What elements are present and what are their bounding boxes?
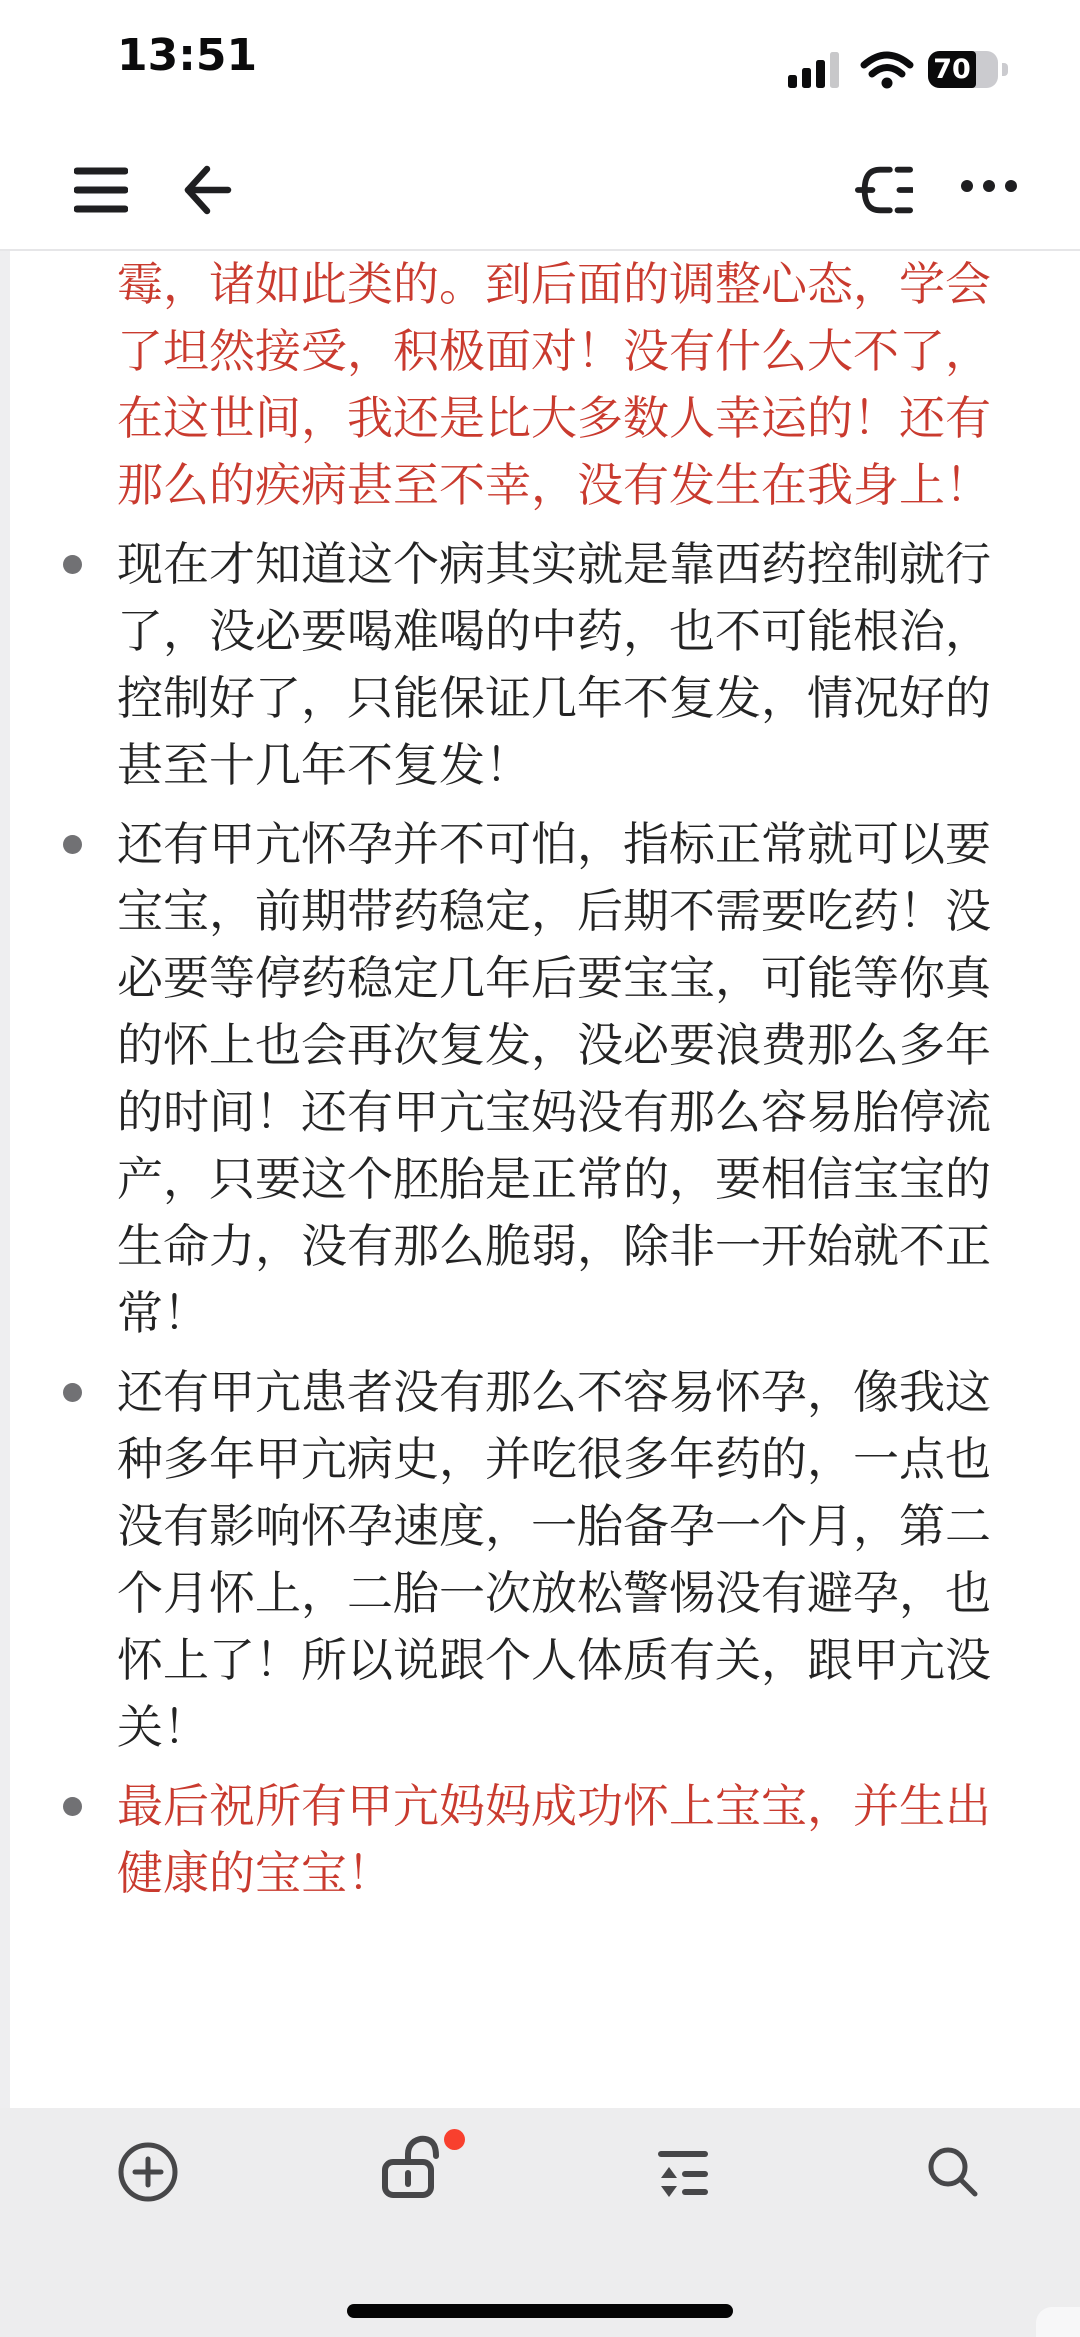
text-line: 产，只要这个胚胎是正常的，要相信宝宝的 [117, 1146, 1080, 1213]
text-line: 控制好了，只能保证几年不复发，情况好的 [117, 665, 1080, 732]
notification-badge [444, 2129, 465, 2150]
text-line: 最后祝所有甲亢妈妈成功怀上宝宝，并生出 [117, 1773, 1080, 1840]
text-line: 健康的宝宝！ [117, 1840, 1080, 1907]
clock: 13:51 [117, 30, 257, 81]
text-line: 关！ [117, 1694, 1080, 1761]
home-indicator[interactable] [347, 2304, 733, 2318]
more-options-button[interactable] [960, 179, 1018, 196]
outline-button[interactable] [855, 161, 913, 222]
text-line: 宝宝，前期带药稳定，后期不需要吃药！没 [117, 878, 1080, 945]
more-dots-icon [960, 181, 1018, 196]
add-note-button[interactable] [116, 2140, 180, 2207]
note-content: 霉，诸如此类的。到后面的调整心态，学会了坦然接受，积极面对！没有什么大不了，在这… [0, 251, 1080, 1919]
wifi-icon [860, 51, 914, 89]
display-settings-button[interactable] [658, 2148, 708, 2201]
battery-tip [1002, 63, 1008, 76]
search-icon [925, 2188, 981, 2203]
text-line: 生命力，没有那么脆弱，除非一开始就不正 [117, 1213, 1080, 1280]
battery-indicator: 70 [928, 51, 998, 88]
text-line: 种多年甲亢病史，并吃很多年药的，一点也 [117, 1426, 1080, 1493]
search-button[interactable] [925, 2144, 981, 2203]
cellular-signal-icon [788, 50, 844, 88]
bullet-paragraph: 最后祝所有甲亢妈妈成功怀上宝宝，并生出健康的宝宝！ [117, 1773, 1080, 1907]
back-arrow-icon [178, 207, 236, 222]
paragraph: 霉，诸如此类的。到后面的调整心态，学会了坦然接受，积极面对！没有什么大不了，在这… [117, 251, 1080, 519]
hamburger-icon [74, 205, 128, 220]
text-line: 的怀上也会再次复发，没必要浪费那么多年 [117, 1012, 1080, 1079]
text-line: 怀上了！所以说跟个人体质有关，跟甲亢没 [117, 1627, 1080, 1694]
text-line: 的时间！还有甲亢宝妈没有那么容易胎停流 [117, 1079, 1080, 1146]
outline-toc-icon [855, 207, 913, 222]
text-line: 必要等停药稳定几年后要宝宝，可能等你真 [117, 945, 1080, 1012]
battery-level: 70 [928, 51, 976, 88]
screen: 13:51 70 [0, 0, 1080, 2337]
menu-button[interactable] [74, 163, 128, 220]
unlocked-padlock-icon [378, 2188, 442, 2203]
text-line: 霉，诸如此类的。到后面的调整心态，学会 [117, 251, 1080, 318]
bullet-paragraph: 还有甲亢怀孕并不可怕，指标正常就可以要宝宝，前期带药稳定，后期不需要吃药！没必要… [117, 811, 1080, 1347]
text-line: 没有影响怀孕速度，一胎备孕一个月，第二 [117, 1493, 1080, 1560]
text-line: 还有甲亢患者没有那么不容易怀孕，像我这 [117, 1359, 1080, 1426]
status-bar: 13:51 70 [0, 0, 1080, 100]
text-line: 现在才知道这个病其实就是靠西药控制就行 [117, 531, 1080, 598]
text-line: 还有甲亢怀孕并不可怕，指标正常就可以要 [117, 811, 1080, 878]
bullet-paragraph: 还有甲亢患者没有那么不容易怀孕，像我这种多年甲亢病史，并吃很多年药的，一点也没有… [117, 1359, 1080, 1761]
text-line: 了坦然接受，积极面对！没有什么大不了， [117, 318, 1080, 385]
text-line: 甚至十几年不复发！ [117, 732, 1080, 799]
text-settings-icon [658, 2186, 708, 2201]
bullet-paragraph: 现在才知道这个病其实就是靠西药控制就行了，没必要喝难喝的中药，也不可能根治，控制… [117, 531, 1080, 799]
text-line: 常！ [117, 1280, 1080, 1347]
corner-patch [1036, 2307, 1080, 2337]
plus-circle-icon [116, 2192, 180, 2207]
text-line: 在这世间，我还是比大多数人幸运的！还有 [117, 385, 1080, 452]
text-line: 了，没必要喝难喝的中药，也不可能根治， [117, 598, 1080, 665]
lock-button[interactable] [378, 2130, 442, 2203]
text-line: 个月怀上，二胎一次放松警惕没有避孕，也 [117, 1560, 1080, 1627]
back-button[interactable] [178, 161, 236, 222]
text-line: 那么的疾病甚至不幸，没有发生在我身上！ [117, 452, 1080, 519]
